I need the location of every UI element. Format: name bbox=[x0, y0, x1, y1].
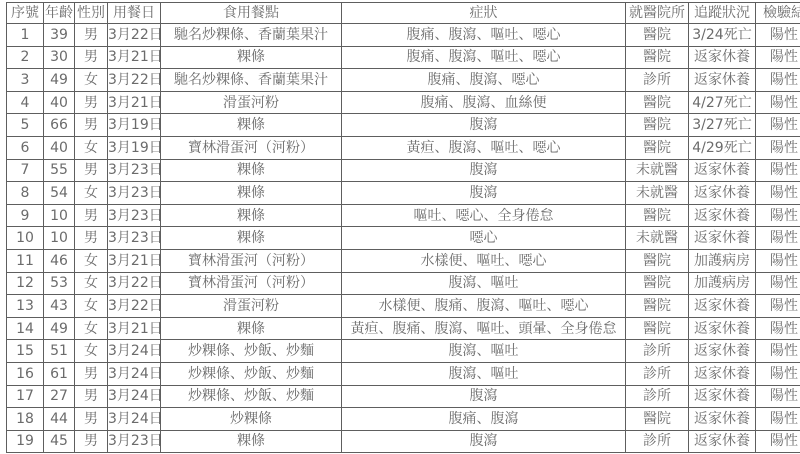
cell-follow_up: 返家休養 bbox=[689, 362, 756, 385]
cell-meal_date: 3月21日 bbox=[108, 249, 161, 272]
cell-test_result: 陽性 bbox=[756, 408, 800, 431]
cell-meal_date: 3月24日 bbox=[108, 408, 161, 431]
cell-symptoms: 腹瀉、嘔吐 bbox=[342, 272, 626, 295]
cell-food: 炒粿條、炒飯、炒麵 bbox=[161, 362, 342, 385]
cell-gender: 女 bbox=[75, 136, 108, 159]
cell-test_result: 陽性 bbox=[756, 69, 800, 92]
cell-medical_facility: 醫院 bbox=[626, 408, 689, 431]
cell-symptoms: 腹痛、腹瀉 bbox=[342, 408, 626, 431]
table-row: 1727男3月24日炒粿條、炒飯、炒麵腹瀉診所返家休養陽性 bbox=[7, 385, 800, 408]
cell-food: 馳名炒粿條、香蘭葉果汁 bbox=[161, 69, 342, 92]
cell-test_result: 陽性 bbox=[756, 24, 800, 47]
cell-test_result: 陽性 bbox=[756, 295, 800, 318]
cell-meal_date: 3月22日 bbox=[108, 295, 161, 318]
cell-meal_date: 3月23日 bbox=[108, 227, 161, 250]
table-row: 755男3月23日粿條腹瀉未就醫返家休養陽性 bbox=[7, 159, 800, 182]
table-row: 1010男3月23日粿條噁心未就醫返家休養陽性 bbox=[7, 227, 800, 250]
table-body: 139男3月22日馳名炒粿條、香蘭葉果汁腹痛、腹瀉、嘔吐、噁心醫院3/24死亡陽… bbox=[7, 24, 800, 453]
cell-follow_up: 返家休養 bbox=[689, 227, 756, 250]
column-header-symptoms: 症狀 bbox=[342, 3, 626, 24]
column-header-gender: 性別 bbox=[75, 3, 108, 24]
cell-id: 4 bbox=[7, 91, 44, 114]
cell-meal_date: 3月22日 bbox=[108, 272, 161, 295]
cell-gender: 女 bbox=[75, 69, 108, 92]
cell-symptoms: 腹瀉 bbox=[342, 114, 626, 137]
cell-food: 粿條 bbox=[161, 159, 342, 182]
cell-id: 2 bbox=[7, 46, 44, 69]
cell-follow_up: 加護病房 bbox=[689, 272, 756, 295]
cell-id: 9 bbox=[7, 204, 44, 227]
cell-gender: 男 bbox=[75, 91, 108, 114]
cell-medical_facility: 診所 bbox=[626, 340, 689, 363]
cell-id: 3 bbox=[7, 69, 44, 92]
cell-test_result: 陽性 bbox=[756, 249, 800, 272]
cell-gender: 男 bbox=[75, 46, 108, 69]
cell-age: 55 bbox=[44, 159, 75, 182]
table-row: 1945男3月23日粿條腹瀉診所返家休養陽性 bbox=[7, 430, 800, 453]
cell-id: 15 bbox=[7, 340, 44, 363]
cell-medical_facility: 未就醫 bbox=[626, 182, 689, 205]
cell-symptoms: 噁心 bbox=[342, 227, 626, 250]
cell-medical_facility: 醫院 bbox=[626, 114, 689, 137]
case-tracking-table: 序號 年齡 性別 用餐日 食用餐點 症狀 就醫院所 追蹤狀況 檢驗結 139男3… bbox=[6, 2, 800, 453]
cell-age: 44 bbox=[44, 408, 75, 431]
cell-id: 12 bbox=[7, 272, 44, 295]
cell-meal_date: 3月23日 bbox=[108, 182, 161, 205]
cell-symptoms: 嘔吐、噁心、全身倦怠 bbox=[342, 204, 626, 227]
table-row: 1844男3月24日炒粿條腹痛、腹瀉醫院返家休養陽性 bbox=[7, 408, 800, 431]
cell-gender: 男 bbox=[75, 204, 108, 227]
table-row: 440男3月21日滑蛋河粉腹痛、腹瀉、血絲便醫院4/27死亡陽性 bbox=[7, 91, 800, 114]
cell-symptoms: 水樣便、腹痛、腹瀉、嘔吐、噁心 bbox=[342, 295, 626, 318]
cell-age: 51 bbox=[44, 340, 75, 363]
cell-medical_facility: 未就醫 bbox=[626, 227, 689, 250]
cell-medical_facility: 醫院 bbox=[626, 136, 689, 159]
cell-gender: 男 bbox=[75, 159, 108, 182]
table-row: 349女3月22日馳名炒粿條、香蘭葉果汁腹痛、腹瀉、噁心診所返家休養陽性 bbox=[7, 69, 800, 92]
cell-id: 5 bbox=[7, 114, 44, 137]
cell-age: 66 bbox=[44, 114, 75, 137]
cell-gender: 女 bbox=[75, 249, 108, 272]
cell-food: 粿條 bbox=[161, 204, 342, 227]
cell-test_result: 陽性 bbox=[756, 114, 800, 137]
cell-meal_date: 3月21日 bbox=[108, 317, 161, 340]
cell-gender: 女 bbox=[75, 272, 108, 295]
cell-id: 11 bbox=[7, 249, 44, 272]
cell-food: 粿條 bbox=[161, 46, 342, 69]
cell-gender: 男 bbox=[75, 385, 108, 408]
cell-age: 27 bbox=[44, 385, 75, 408]
cell-food: 滑蛋河粉 bbox=[161, 295, 342, 318]
cell-food: 寶林滑蛋河（河粉） bbox=[161, 249, 342, 272]
cell-follow_up: 返家休養 bbox=[689, 46, 756, 69]
cell-medical_facility: 醫院 bbox=[626, 204, 689, 227]
cell-meal_date: 3月21日 bbox=[108, 91, 161, 114]
cell-gender: 男 bbox=[75, 362, 108, 385]
cell-id: 1 bbox=[7, 24, 44, 47]
cell-follow_up: 返家休養 bbox=[689, 408, 756, 431]
cell-test_result: 陽性 bbox=[756, 385, 800, 408]
cell-symptoms: 腹瀉、嘔吐 bbox=[342, 362, 626, 385]
cell-gender: 女 bbox=[75, 182, 108, 205]
cell-meal_date: 3月19日 bbox=[108, 114, 161, 137]
cell-age: 45 bbox=[44, 430, 75, 453]
cell-follow_up: 3/27死亡 bbox=[689, 114, 756, 137]
cell-symptoms: 腹痛、腹瀉、噁心 bbox=[342, 69, 626, 92]
table-row: 139男3月22日馳名炒粿條、香蘭葉果汁腹痛、腹瀉、嘔吐、噁心醫院3/24死亡陽… bbox=[7, 24, 800, 47]
cell-medical_facility: 醫院 bbox=[626, 272, 689, 295]
cell-medical_facility: 診所 bbox=[626, 385, 689, 408]
cell-follow_up: 3/24死亡 bbox=[689, 24, 756, 47]
cell-age: 43 bbox=[44, 295, 75, 318]
cell-meal_date: 3月22日 bbox=[108, 69, 161, 92]
cell-gender: 女 bbox=[75, 340, 108, 363]
column-header-id: 序號 bbox=[7, 3, 44, 24]
cell-id: 16 bbox=[7, 362, 44, 385]
cell-symptoms: 腹痛、腹瀉、血絲便 bbox=[342, 91, 626, 114]
cell-test_result: 陽性 bbox=[756, 272, 800, 295]
cell-meal_date: 3月23日 bbox=[108, 159, 161, 182]
cell-test_result: 陽性 bbox=[756, 91, 800, 114]
cell-age: 10 bbox=[44, 227, 75, 250]
cell-age: 40 bbox=[44, 136, 75, 159]
cell-meal_date: 3月24日 bbox=[108, 362, 161, 385]
cell-age: 61 bbox=[44, 362, 75, 385]
cell-follow_up: 返家休養 bbox=[689, 317, 756, 340]
cell-test_result: 陽性 bbox=[756, 204, 800, 227]
cell-follow_up: 返家休養 bbox=[689, 159, 756, 182]
cell-follow_up: 返家休養 bbox=[689, 295, 756, 318]
cell-medical_facility: 診所 bbox=[626, 430, 689, 453]
cell-symptoms: 水樣便、嘔吐、噁心 bbox=[342, 249, 626, 272]
cell-follow_up: 返家休養 bbox=[689, 430, 756, 453]
cell-medical_facility: 醫院 bbox=[626, 24, 689, 47]
cell-age: 39 bbox=[44, 24, 75, 47]
cell-meal_date: 3月19日 bbox=[108, 136, 161, 159]
cell-medical_facility: 未就醫 bbox=[626, 159, 689, 182]
cell-id: 7 bbox=[7, 159, 44, 182]
table-row: 854女3月23日粿條腹瀉未就醫返家休養陽性 bbox=[7, 182, 800, 205]
cell-symptoms: 腹瀉 bbox=[342, 159, 626, 182]
cell-test_result: 陽性 bbox=[756, 136, 800, 159]
cell-id: 13 bbox=[7, 295, 44, 318]
cell-gender: 男 bbox=[75, 227, 108, 250]
cell-follow_up: 返家休養 bbox=[689, 69, 756, 92]
cell-age: 10 bbox=[44, 204, 75, 227]
cell-food: 粿條 bbox=[161, 182, 342, 205]
cell-id: 6 bbox=[7, 136, 44, 159]
cell-follow_up: 4/27死亡 bbox=[689, 91, 756, 114]
cell-test_result: 陽性 bbox=[756, 362, 800, 385]
cell-test_result: 陽性 bbox=[756, 159, 800, 182]
cell-age: 49 bbox=[44, 69, 75, 92]
table-row: 910男3月23日粿條嘔吐、噁心、全身倦怠醫院返家休養陽性 bbox=[7, 204, 800, 227]
cell-age: 49 bbox=[44, 317, 75, 340]
cell-food: 粿條 bbox=[161, 430, 342, 453]
cell-food: 粿條 bbox=[161, 317, 342, 340]
cell-symptoms: 腹瀉 bbox=[342, 385, 626, 408]
column-header-age: 年齡 bbox=[44, 3, 75, 24]
cell-meal_date: 3月22日 bbox=[108, 24, 161, 47]
cell-test_result: 陽性 bbox=[756, 317, 800, 340]
cell-food: 炒粿條 bbox=[161, 408, 342, 431]
cell-medical_facility: 醫院 bbox=[626, 46, 689, 69]
table-row: 1253女3月22日寶林滑蛋河（河粉）腹瀉、嘔吐醫院加護病房陽性 bbox=[7, 272, 800, 295]
cell-symptoms: 黃疸、腹痛、腹瀉、嘔吐、頭暈、全身倦怠 bbox=[342, 317, 626, 340]
cell-age: 40 bbox=[44, 91, 75, 114]
cell-test_result: 陽性 bbox=[756, 340, 800, 363]
cell-gender: 男 bbox=[75, 408, 108, 431]
cell-test_result: 陽性 bbox=[756, 430, 800, 453]
cell-age: 53 bbox=[44, 272, 75, 295]
table-row: 1146女3月21日寶林滑蛋河（河粉）水樣便、嘔吐、噁心醫院加護病房陽性 bbox=[7, 249, 800, 272]
cell-follow_up: 返家休養 bbox=[689, 385, 756, 408]
column-header-meal-date: 用餐日 bbox=[108, 3, 161, 24]
cell-follow_up: 返家休養 bbox=[689, 182, 756, 205]
cell-id: 8 bbox=[7, 182, 44, 205]
cell-id: 10 bbox=[7, 227, 44, 250]
cell-follow_up: 4/29死亡 bbox=[689, 136, 756, 159]
table-row: 230男3月21日粿條腹痛、腹瀉、嘔吐、噁心醫院返家休養陽性 bbox=[7, 46, 800, 69]
cell-follow_up: 加護病房 bbox=[689, 249, 756, 272]
cell-gender: 女 bbox=[75, 295, 108, 318]
column-header-food: 食用餐點 bbox=[161, 3, 342, 24]
cell-food: 滑蛋河粉 bbox=[161, 91, 342, 114]
column-header-test-result: 檢驗結 bbox=[756, 3, 800, 24]
cell-medical_facility: 醫院 bbox=[626, 317, 689, 340]
cell-meal_date: 3月21日 bbox=[108, 46, 161, 69]
cell-id: 18 bbox=[7, 408, 44, 431]
table-viewport: 序號 年齡 性別 用餐日 食用餐點 症狀 就醫院所 追蹤狀況 檢驗結 139男3… bbox=[0, 0, 800, 454]
table-row: 640女3月19日寶林滑蛋河（河粉）黃疸、腹瀉、嘔吐、噁心醫院4/29死亡陽性 bbox=[7, 136, 800, 159]
column-header-follow-up: 追蹤狀況 bbox=[689, 3, 756, 24]
cell-food: 炒粿條、炒飯、炒麵 bbox=[161, 340, 342, 363]
cell-id: 14 bbox=[7, 317, 44, 340]
cell-meal_date: 3月23日 bbox=[108, 430, 161, 453]
cell-medical_facility: 醫院 bbox=[626, 249, 689, 272]
cell-follow_up: 返家休養 bbox=[689, 204, 756, 227]
cell-food: 粿條 bbox=[161, 114, 342, 137]
cell-id: 19 bbox=[7, 430, 44, 453]
cell-medical_facility: 醫院 bbox=[626, 295, 689, 318]
table-row: 566男3月19日粿條腹瀉醫院3/27死亡陽性 bbox=[7, 114, 800, 137]
cell-test_result: 陽性 bbox=[756, 46, 800, 69]
cell-food: 粿條 bbox=[161, 227, 342, 250]
header-row: 序號 年齡 性別 用餐日 食用餐點 症狀 就醫院所 追蹤狀況 檢驗結 bbox=[7, 3, 800, 24]
table-row: 1661男3月24日炒粿條、炒飯、炒麵腹瀉、嘔吐診所返家休養陽性 bbox=[7, 362, 800, 385]
cell-symptoms: 腹瀉 bbox=[342, 182, 626, 205]
cell-symptoms: 腹痛、腹瀉、嘔吐、噁心 bbox=[342, 24, 626, 47]
cell-gender: 男 bbox=[75, 114, 108, 137]
cell-food: 馳名炒粿條、香蘭葉果汁 bbox=[161, 24, 342, 47]
cell-id: 17 bbox=[7, 385, 44, 408]
cell-symptoms: 腹瀉 bbox=[342, 430, 626, 453]
cell-age: 30 bbox=[44, 46, 75, 69]
cell-age: 54 bbox=[44, 182, 75, 205]
table-row: 1551女3月24日炒粿條、炒飯、炒麵腹瀉、嘔吐診所返家休養陽性 bbox=[7, 340, 800, 363]
cell-medical_facility: 醫院 bbox=[626, 91, 689, 114]
cell-age: 46 bbox=[44, 249, 75, 272]
cell-meal_date: 3月24日 bbox=[108, 385, 161, 408]
cell-gender: 男 bbox=[75, 24, 108, 47]
table-row: 1343女3月22日滑蛋河粉水樣便、腹痛、腹瀉、嘔吐、噁心醫院返家休養陽性 bbox=[7, 295, 800, 318]
cell-follow_up: 返家休養 bbox=[689, 340, 756, 363]
cell-test_result: 陽性 bbox=[756, 227, 800, 250]
cell-meal_date: 3月23日 bbox=[108, 204, 161, 227]
cell-medical_facility: 診所 bbox=[626, 362, 689, 385]
cell-gender: 女 bbox=[75, 317, 108, 340]
cell-meal_date: 3月24日 bbox=[108, 340, 161, 363]
cell-symptoms: 腹痛、腹瀉、嘔吐、噁心 bbox=[342, 46, 626, 69]
cell-food: 寶林滑蛋河（河粉） bbox=[161, 136, 342, 159]
cell-food: 炒粿條、炒飯、炒麵 bbox=[161, 385, 342, 408]
cell-symptoms: 黃疸、腹瀉、嘔吐、噁心 bbox=[342, 136, 626, 159]
column-header-medical-facility: 就醫院所 bbox=[626, 3, 689, 24]
table-row: 1449女3月21日粿條黃疸、腹痛、腹瀉、嘔吐、頭暈、全身倦怠醫院返家休養陽性 bbox=[7, 317, 800, 340]
cell-test_result: 陽性 bbox=[756, 182, 800, 205]
cell-gender: 男 bbox=[75, 430, 108, 453]
cell-symptoms: 腹瀉、嘔吐 bbox=[342, 340, 626, 363]
cell-food: 寶林滑蛋河（河粉） bbox=[161, 272, 342, 295]
cell-medical_facility: 診所 bbox=[626, 69, 689, 92]
